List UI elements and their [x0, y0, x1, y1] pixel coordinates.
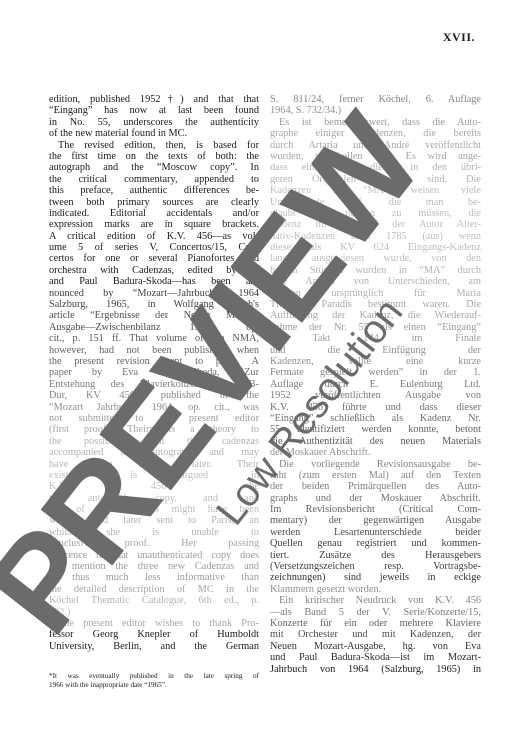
right-column-line: Neuen Mozart-Ausgabe, hg. von Eva [270, 641, 481, 652]
left-column-line: accompanied the autograph and may [49, 447, 259, 458]
right-column-line: durch Artaria und André veröffentlicht [270, 140, 481, 151]
right-column-line: der Moskauer Abschrift. [270, 447, 481, 458]
right-column-line: Kadenzen in “MA” weisen viele [270, 185, 481, 196]
left-column-line: fessor Georg Knepler of Humboldt [49, 629, 259, 640]
right-column-line: Jahrbuch von 1964 (Salzburg, 1965) in [270, 664, 481, 675]
right-column-line: Konzerte für ein oder mehrere Klaviere [270, 618, 481, 629]
right-column-line: Die vorliegende Revisionsausgabe be- [270, 459, 481, 470]
left-column-line: orchestra with Cadenzas, edited by E. [49, 265, 259, 276]
left-column-line: Salzburg, 1965, in Wolfgang Plath's [49, 299, 259, 310]
left-column-line: The revised edition, then, is based for [49, 140, 259, 151]
left-column-text: edition, published 1952†) and that that“… [49, 94, 259, 652]
right-column-line: K.V. 456 führte und dass dieser [270, 402, 481, 413]
right-column-line: glaubt hier nennen zu müssen, die [270, 208, 481, 219]
left-column-line: 522.) [49, 607, 259, 618]
right-column-text: S. 811/24, ferner Köchel, 6. Auflage1964… [270, 94, 481, 675]
left-column-line: A critical edition of K.V. 456—as vol- [49, 231, 259, 242]
right-column-line: Im Revisionsbericht (Critical Com- [270, 504, 481, 515]
right-column-line: dass einige von diesen in den übri- [270, 162, 481, 173]
left-column-line: conclusive proof. Her passing [49, 538, 259, 549]
right-column-line: zu Takt 144 im Finale [270, 333, 481, 344]
footnote-line: 1966 with the inappropriate date “1965”. [49, 681, 259, 690]
left-column-line: written and later sent to Paris, an [49, 515, 259, 526]
right-column-line: die Authentizität des neuen Materials [270, 436, 481, 447]
left-column-line: the present revision went to press. A [49, 356, 259, 367]
left-column-line: one of the cadenzas might have been [49, 504, 259, 515]
left-column-line: the autograph copy, and and [49, 493, 259, 504]
right-column-line: 1952 veröffentlichten Ausgabe von [270, 390, 481, 401]
right-column-line: nahme der Nr. 55 als einen “Eingang” [270, 322, 481, 333]
right-column-line: ehesten ursprünglich für Maria [270, 288, 481, 299]
left-column-line: which she is unable to [49, 527, 259, 538]
right-column-line: Auflage durch E. Eulenburg Ltd. [270, 379, 481, 390]
left-column-line: Ausgabe—Zwischenbilanz 1965”, op. [49, 322, 259, 333]
left-column-line: cit., p. 151 ff. That volume of the NMA, [49, 333, 259, 344]
left-column-line: and Paul Badura-Skoda—has been an- [49, 276, 259, 287]
right-column-line: S. 811/24, ferner Köchel, 6. Auflage [270, 94, 481, 105]
left-column-line: paper by Eva Badura-Skoda, “Zur [49, 367, 259, 378]
left-column-line: is thus much less informative than [49, 572, 259, 583]
left-column-line: expression marks are in square brackets. [49, 219, 259, 230]
left-column-line: however, had not been published when [49, 345, 259, 356]
left-column-line: the possibility that the cadenzas [49, 436, 259, 447]
right-column-line: 55 identifiziert werden konnte, betont [270, 424, 481, 435]
right-column-line: diese als KV 624 Eingangs-Kadenz [270, 242, 481, 253]
right-column-line: mit Orchester und mit Kadenzen, der [270, 629, 481, 640]
right-column-line: zeichnungen) sind jeweils in eckige [270, 572, 481, 583]
right-column-line: und Paul Badura-Skoda—ist im Mozart- [270, 652, 481, 663]
left-column-line: Köchel Thematic Catalogue, 6th ed., p. [49, 595, 259, 606]
right-column-line: und die Einfügung der [270, 345, 481, 356]
left-column-line: “Eingang” has now at last been found [49, 105, 259, 116]
left-column-line: autograph and the “Moscow copy”. In [49, 162, 259, 173]
left-column-line: the detailed description of MC in the [49, 584, 259, 595]
footnote: *It was eventually published in the late… [49, 672, 259, 689]
right-column-line: Fermate gespielt werden” in der 1. [270, 367, 481, 378]
right-column-line: lange ausgewiesen wurde, von den [270, 253, 481, 264]
left-column-line: tween both primary sources are clearly [49, 197, 259, 208]
right-column-line: tiert. Zusätze des Herausgebers [270, 550, 481, 561]
left-column-line: edition, published 1952†) and that that [49, 94, 259, 105]
left-column-line: Entstehung des Klavierkonzertes in B- [49, 379, 259, 390]
right-column-line: graphs und der Moskauer Abschrift. [270, 493, 481, 504]
right-column-line: Unterschiede auf, die man be- [270, 197, 481, 208]
left-column-line: certos for one or several Pianofortes an… [49, 253, 259, 264]
right-column-line: geren Originalen erhalten sind. Die [270, 174, 481, 185]
left-column-line: existence is argued in [49, 470, 259, 481]
right-column-line: —als Band 5 der V. Serie/Konzerte/15, [270, 607, 481, 618]
left-column-line: indicated. Editorial accidentals and/or [49, 208, 259, 219]
left-column-line: of the new material found in MC. [49, 128, 259, 139]
left-column-line: ume 5 of series V, Concertos/15, Con- [49, 242, 259, 253]
left-column-line: “Mozart Jahrbuch” 1964, op. cit., was [49, 402, 259, 413]
right-column-line: 1964, S. 732/34.) [270, 105, 481, 116]
left-column-line: reference to that unauthenticated copy d… [49, 550, 259, 561]
left-column-line: this preface, authentic differences be- [49, 185, 259, 196]
right-column-line: Auffindung der Kadenz, die Wiederauf- [270, 310, 481, 321]
left-column-line: the first time on the texts of both: the [49, 151, 259, 162]
right-column-line: Ein kritischer Neudruck von K.V. 456 [270, 595, 481, 606]
right-column-line: werden Lesartenunterschiede beider [270, 527, 481, 538]
right-column-line: (Versetzungszeichen resp. Vortragsbe- [270, 561, 481, 572]
right-column-line: eine Anzahl von Unterschieden, am [270, 276, 481, 287]
right-column-line: Klammern gesetzt worden. [270, 584, 481, 595]
right-column-line: nativ-Kadenzen nach 1785 (aus) wenn [270, 231, 481, 242]
left-column-line: Dur, KV 456”, published in the [49, 390, 259, 401]
left-column-line: not mention the three new Cadenzas and [49, 561, 259, 572]
right-column-line: Es ist bemerkenswert, dass die Auto- [270, 117, 481, 128]
left-column-line: nounced by “Mozart—Jahrbuch” 1964 [49, 288, 259, 299]
right-column-line: mentary) der gegenwärtigen Ausgabe [270, 515, 481, 526]
left-column-line: the critical commentary, appended to [49, 174, 259, 185]
left-column-line: not submitted to the present editor [49, 413, 259, 424]
right-column-line: beiden Stücken wurden in “MA” durch [270, 265, 481, 276]
left-column-line: K.V. 456 be [49, 481, 259, 492]
right-column-line: graphe einiger Kadenzen, die bereits [270, 128, 481, 139]
right-column-line: Quellen genau registriert und kommen- [270, 538, 481, 549]
right-column-line: Theresia Paradis bestimmt waren. Die [270, 299, 481, 310]
footnote-line: *It was eventually published in the late… [49, 672, 259, 681]
left-column-line: The present editor wishes to thank Pro- [49, 618, 259, 629]
right-column-line: “Eingang” schließlich als Kadenz Nr. [270, 413, 481, 424]
left-column-line: have been written later. Their [49, 459, 259, 470]
left-column-line: in No. 55, underscores the authenticity [49, 117, 259, 128]
right-column-line: Kadenzen, sollte eine kurze [270, 356, 481, 367]
right-column-line: der beiden Primärquellen des Auto- [270, 481, 481, 492]
right-column-line: wurden, verschollen sind. Es wird ange- [270, 151, 481, 162]
left-column-line: University, Berlin, and the German [49, 641, 259, 652]
page-number: XVII. [443, 30, 475, 45]
right-column-line: ruht (zum ersten Mal) auf den Texten [270, 470, 481, 481]
left-column-line: article “Ergebnisse der Neuen Mozart- [49, 310, 259, 321]
left-column-line: (first proof). Theirs is a theory to [49, 424, 259, 435]
right-column-line: Kadenz im Nr. 55 der Autor Alter- [270, 219, 481, 230]
